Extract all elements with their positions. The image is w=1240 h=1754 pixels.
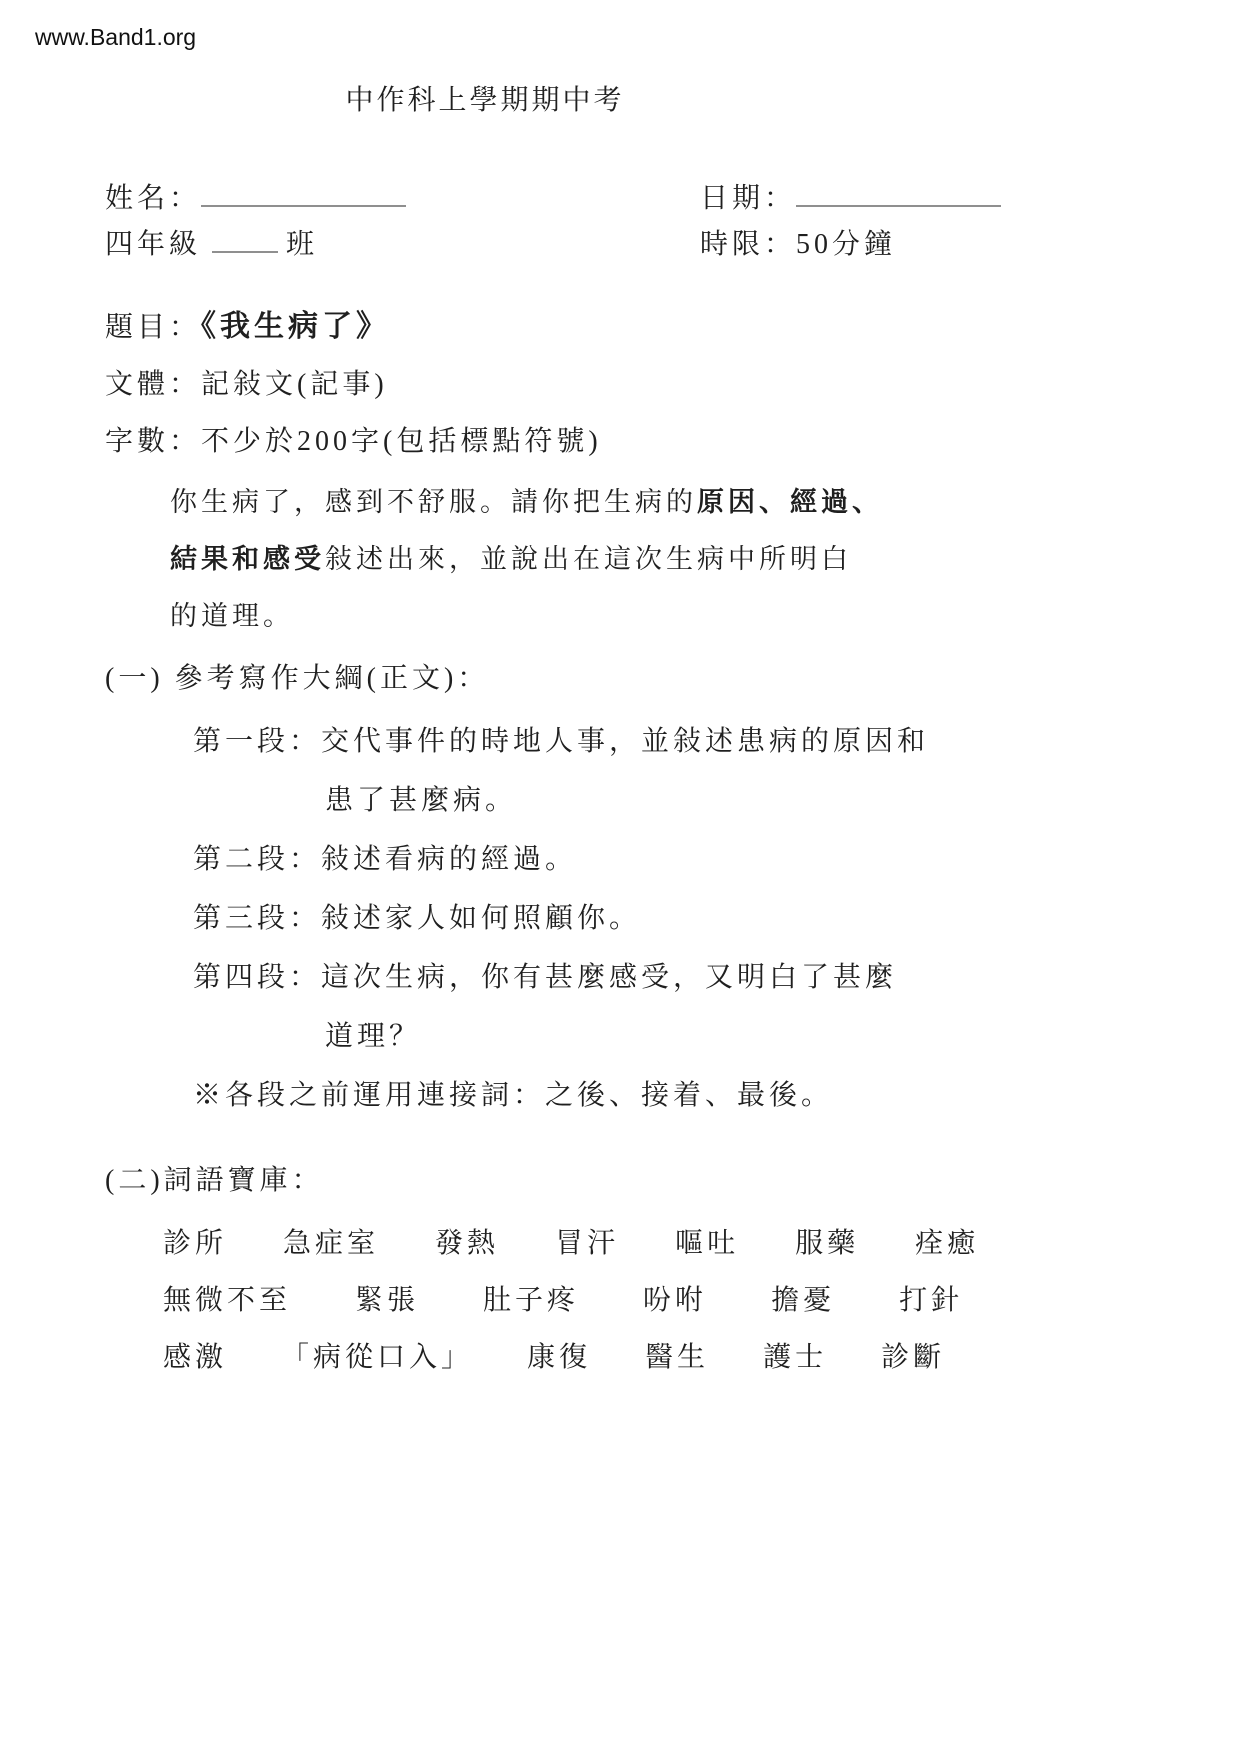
- word-bank-item: 急症室: [283, 1215, 379, 1272]
- outline-item-text: 這次生病，你有甚麼感受，又明白了甚麼: [321, 948, 897, 1007]
- outline-item-text: 交代事件的時地人事，並敍述患病的原因和: [321, 712, 929, 771]
- word-count-row: 字數：不少於200字(包括標點符號): [105, 413, 602, 470]
- word-bank-item: 發熱: [435, 1215, 499, 1272]
- composition-meta: 題目：《我生病了》 文體：記敍文(記事) 字數：不少於200字(包括標點符號): [105, 298, 602, 470]
- outline-item-text-line2: 患了甚麼病。: [325, 771, 929, 830]
- time-limit-row: 時限：50分鐘: [700, 222, 1001, 268]
- time-limit-value: 50分鐘: [796, 229, 896, 260]
- outline-list: 第一段： 交代事件的時地人事，並敍述患病的原因和 患了甚麼病。 第二段： 敍述看…: [193, 712, 929, 1125]
- date-label: 日期：: [700, 183, 796, 214]
- exam-paper-page: www.Band1.org 中作科上學期期中考 姓名： 四年級 班 日期： 時限…: [0, 0, 1240, 1754]
- outline-item-text: 敍述看病的經過。: [321, 830, 577, 889]
- word-bank-item: 無微不至: [163, 1272, 291, 1329]
- topic-row: 題目：《我生病了》: [105, 298, 602, 356]
- intro-paragraph: 你生病了，感到不舒服。請你把生病的原因、經過、 結果和感受敍述出來，並說出在這次…: [170, 474, 883, 645]
- outline-item-label: 第三段：: [193, 889, 321, 948]
- outline-item-text: 敍述家人如何照顧你。: [321, 889, 641, 948]
- genre-value: 記敍文(記事): [201, 369, 388, 400]
- class-blank-line: [212, 225, 278, 253]
- word-bank: 診所 急症室 發熱 冒汗 嘔吐 服藥 痊癒 無微不至 緊張 肚子疼 吩咐 擔憂 …: [163, 1215, 979, 1386]
- outline-item-label: 第二段：: [193, 830, 321, 889]
- page-title: 中作科上學期期中考: [100, 84, 870, 118]
- intro-line2-text: 敍述出來，並說出在這次生病中所明白: [325, 544, 852, 574]
- class-suffix-label: 班: [286, 229, 318, 260]
- outline-item: 第三段： 敍述家人如何照顧你。: [193, 889, 929, 948]
- word-count-value: 不少於200字(包括標點符號): [201, 426, 602, 457]
- outline-item-text-line2: 道理？: [325, 1007, 929, 1066]
- word-bank-item: 服藥: [795, 1215, 859, 1272]
- outline-item-label: 第四段：: [193, 948, 321, 1007]
- intro-line-1: 你生病了，感到不舒服。請你把生病的原因、經過、: [170, 474, 883, 531]
- word-bank-row: 感激 「病從口入」 康復 醫生 護士 診斷: [163, 1329, 979, 1386]
- intro-line2-bold-text: 結果和感受: [170, 544, 325, 574]
- intro-line-2: 結果和感受敍述出來，並說出在這次生病中所明白: [170, 531, 883, 588]
- intro-line1-text: 你生病了，感到不舒服。請你把生病的: [170, 487, 697, 517]
- word-bank-item: 肚子疼: [483, 1272, 579, 1329]
- genre-row: 文體：記敍文(記事): [105, 356, 602, 413]
- word-bank-item: 「病從口入」: [281, 1329, 473, 1386]
- grade-label: 四年級: [105, 229, 201, 260]
- word-bank-heading: (二)詞語寶庫：: [105, 1152, 324, 1209]
- time-limit-label: 時限：: [700, 229, 796, 260]
- word-bank-item: 診斷: [881, 1329, 945, 1386]
- outline-item: 第四段： 這次生病，你有甚麼感受，又明白了甚麼 道理？: [193, 948, 929, 1066]
- word-bank-item: 嘔吐: [675, 1215, 739, 1272]
- topic-label: 題目：: [105, 312, 201, 343]
- intro-line-3: 的道理。: [170, 588, 883, 645]
- word-count-label: 字數：: [105, 426, 201, 457]
- name-row: 姓名：: [105, 176, 406, 222]
- word-bank-item: 冒汗: [555, 1215, 619, 1272]
- genre-label: 文體：: [105, 369, 201, 400]
- word-bank-item: 感激: [163, 1329, 227, 1386]
- word-bank-item: 護士: [763, 1329, 827, 1386]
- header-left-column: 姓名： 四年級 班: [105, 176, 406, 268]
- word-bank-item: 緊張: [355, 1272, 419, 1329]
- outline-note: ※各段之前運用連接詞：之後、接着、最後。: [193, 1066, 929, 1125]
- word-bank-item: 打針: [899, 1272, 963, 1329]
- date-row: 日期：: [700, 176, 1001, 222]
- word-bank-row: 無微不至 緊張 肚子疼 吩咐 擔憂 打針: [163, 1272, 979, 1329]
- class-row: 四年級 班: [105, 222, 406, 268]
- name-label: 姓名：: [105, 183, 201, 214]
- outline-item: 第二段： 敍述看病的經過。: [193, 830, 929, 889]
- topic-value: 《我生病了》: [201, 310, 390, 343]
- word-bank-item: 醫生: [645, 1329, 709, 1386]
- intro-line1-bold-text: 原因、經過、: [697, 487, 883, 517]
- outline-item: 第一段： 交代事件的時地人事，並敍述患病的原因和 患了甚麼病。: [193, 712, 929, 830]
- word-bank-item: 康復: [527, 1329, 591, 1386]
- outline-item-label: 第一段：: [193, 712, 321, 771]
- header-right-column: 日期： 時限：50分鐘: [700, 176, 1001, 268]
- word-bank-row: 診所 急症室 發熱 冒汗 嘔吐 服藥 痊癒: [163, 1215, 979, 1272]
- word-bank-item: 吩咐: [643, 1272, 707, 1329]
- word-bank-item: 診所: [163, 1215, 227, 1272]
- word-bank-item: 痊癒: [915, 1215, 979, 1272]
- name-blank-line: [201, 179, 406, 207]
- watermark: www.Band1.org: [35, 24, 196, 51]
- date-blank-line: [796, 179, 1001, 207]
- word-bank-item: 擔憂: [771, 1272, 835, 1329]
- outline-heading: (一) 參考寫作大綱(正文)：: [105, 650, 489, 707]
